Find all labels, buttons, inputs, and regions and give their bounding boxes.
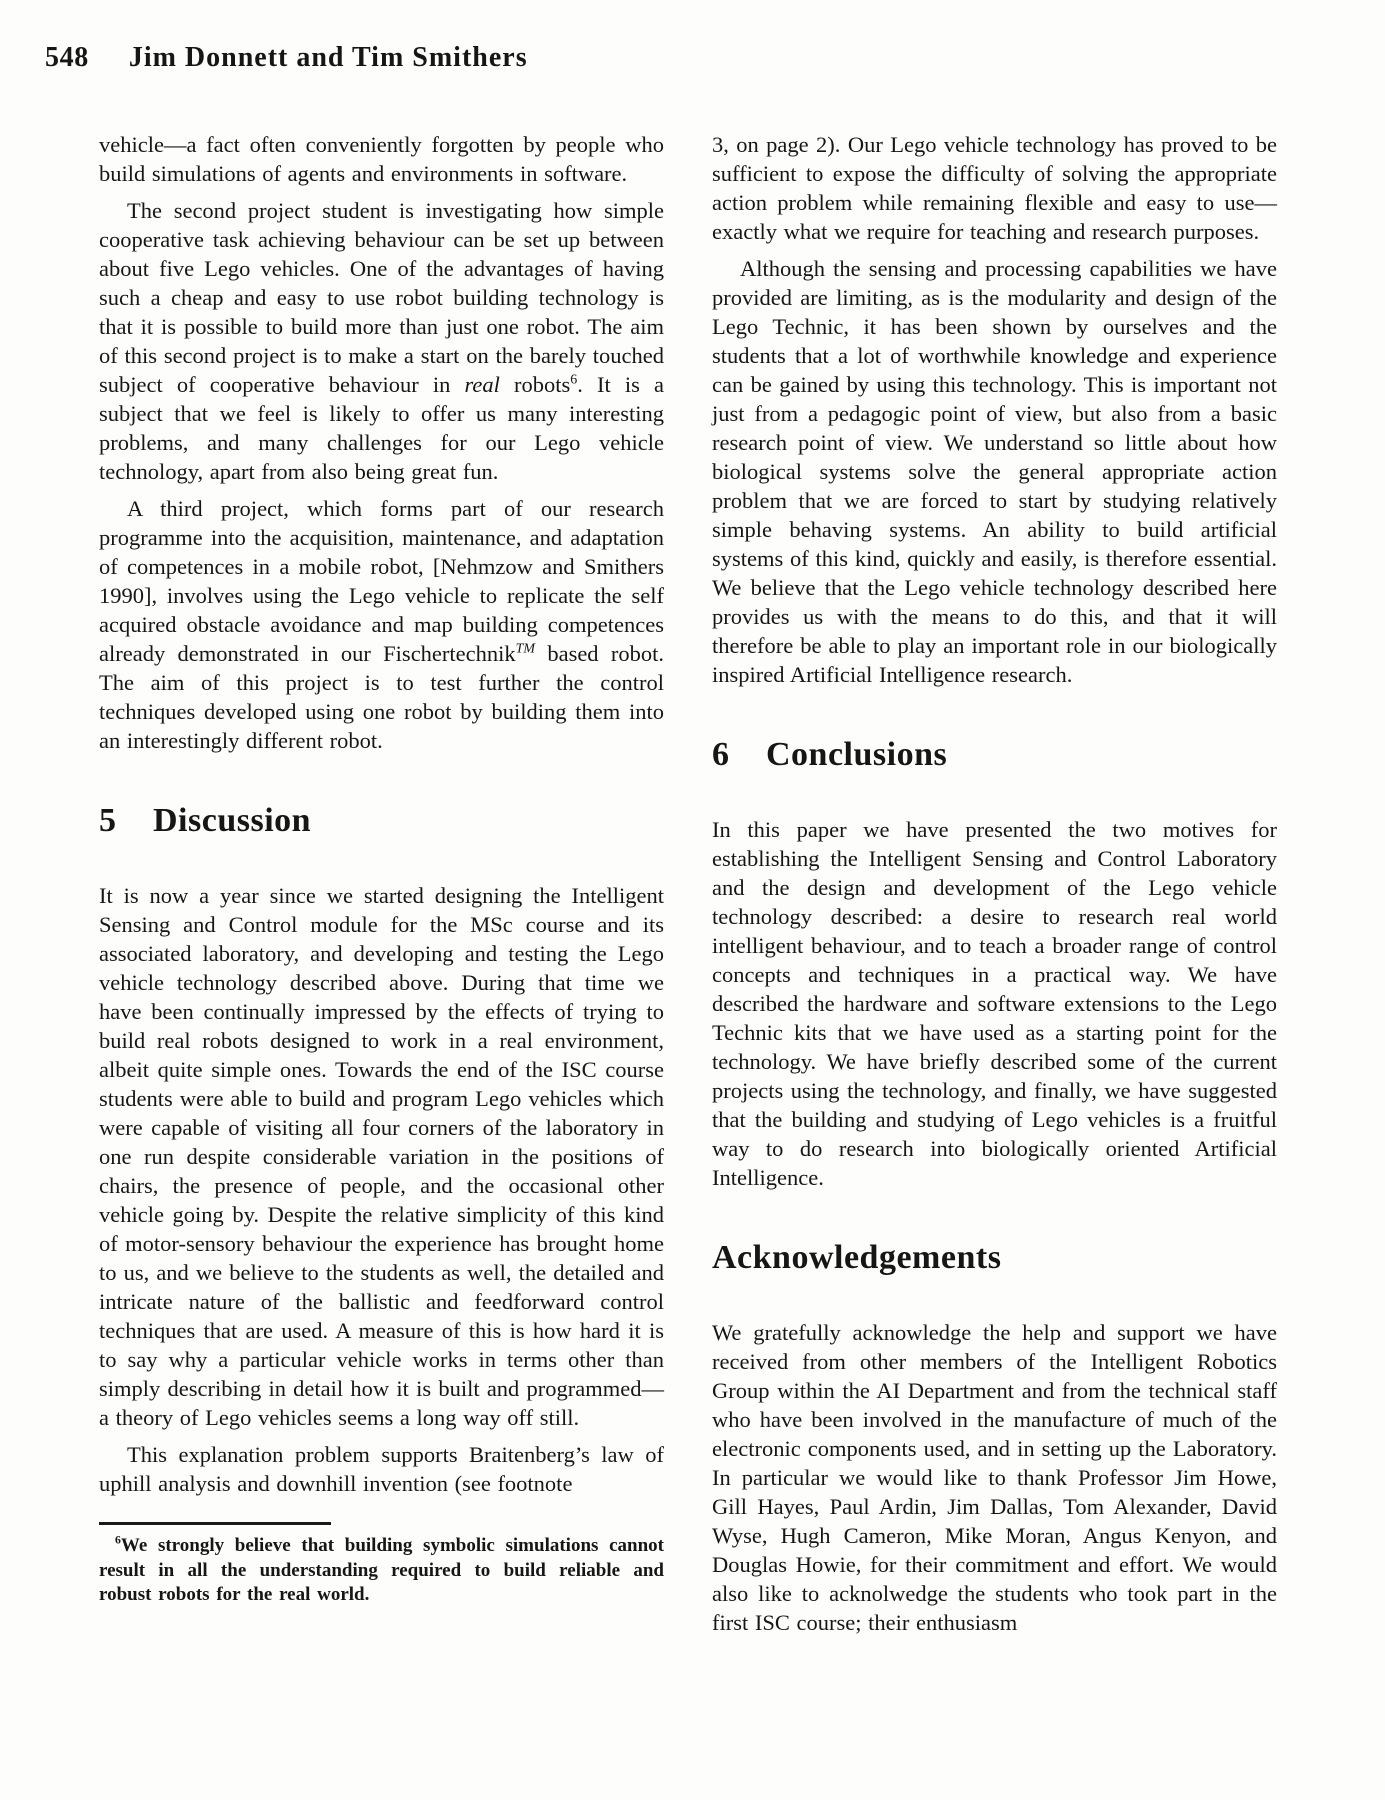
text-segment: TM bbox=[516, 642, 535, 657]
section-heading: Acknowledgements bbox=[712, 1238, 1277, 1278]
section-title: Discussion bbox=[153, 802, 311, 839]
footnote-rule bbox=[99, 1522, 331, 1525]
paragraph: It is now a year since we started design… bbox=[99, 881, 664, 1432]
paper-page: 548Jim Donnett and Tim Smithers vehicle—… bbox=[0, 0, 1385, 1800]
right-column: 3, on page 2). Our Lego vehicle technolo… bbox=[712, 130, 1277, 1645]
section-heading: 6Conclusions bbox=[712, 735, 1277, 775]
page-header: 548Jim Donnett and Tim Smithers bbox=[45, 42, 528, 74]
paragraph: The second project student is investigat… bbox=[99, 196, 664, 486]
paragraph: In this paper we have presented the two … bbox=[712, 815, 1277, 1192]
section-title: Acknowledgements bbox=[712, 1239, 1001, 1276]
section-number: 6 bbox=[712, 735, 766, 775]
text-segment: robots bbox=[500, 372, 570, 397]
footnote-text: 6We strongly believe that building symbo… bbox=[99, 1534, 664, 1608]
running-title: Jim Donnett and Tim Smithers bbox=[129, 42, 528, 73]
text-segment: In this paper we have presented the two … bbox=[712, 817, 1277, 1190]
paragraph: A third project, which forms part of our… bbox=[99, 494, 664, 755]
paragraph: This explanation problem supports Braite… bbox=[99, 1440, 664, 1498]
paragraph: vehicle—a fact often conveniently forgot… bbox=[99, 130, 664, 188]
paragraph: Although the sensing and processing capa… bbox=[712, 254, 1277, 689]
text-segment: 3, on page 2). Our Lego vehicle technolo… bbox=[712, 132, 1277, 244]
section-number: 5 bbox=[99, 801, 153, 841]
text-segment: vehicle—a fact often conveniently forgot… bbox=[99, 132, 664, 186]
text-segment: This explanation problem supports Braite… bbox=[99, 1442, 664, 1496]
paragraph: 3, on page 2). Our Lego vehicle technolo… bbox=[712, 130, 1277, 246]
paragraph: We gratefully acknowledge the help and s… bbox=[712, 1318, 1277, 1637]
text-segment: We gratefully acknowledge the help and s… bbox=[712, 1320, 1277, 1635]
text-segment: The second project student is investigat… bbox=[99, 198, 664, 397]
section-heading: 5Discussion bbox=[99, 801, 664, 841]
text-segment: real bbox=[465, 372, 500, 397]
text-segment: Although the sensing and processing capa… bbox=[712, 256, 1277, 687]
page-number: 548 bbox=[45, 42, 89, 73]
superscript: TM bbox=[516, 642, 535, 657]
left-column: vehicle—a fact often conveniently forgot… bbox=[99, 130, 664, 1608]
text-segment: We strongly believe that building symbol… bbox=[99, 1535, 664, 1605]
footnote: 6We strongly believe that building symbo… bbox=[99, 1522, 664, 1608]
text-segment: It is now a year since we started design… bbox=[99, 883, 664, 1430]
section-title: Conclusions bbox=[766, 736, 947, 773]
